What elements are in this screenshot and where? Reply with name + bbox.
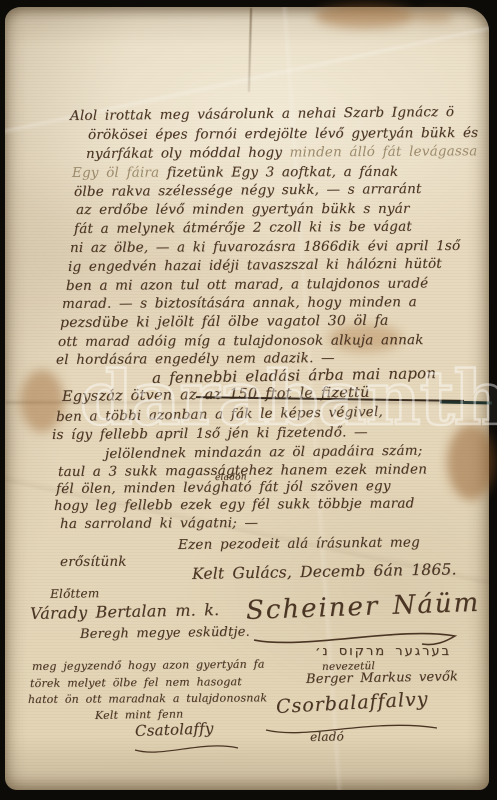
handwriting-line: nyárfákat oly móddal hogy minden álló fá… [86,143,478,162]
handwriting-line: Egy öl fáira fizetünk Egy 3 aoftkat, a f… [72,164,398,181]
seller-label: eladó [310,729,344,744]
stain-top-edge [315,4,415,28]
handwriting-line: ölbe rakva szélessége négy sukk, — s arr… [74,181,422,200]
handwriting-line: ha sarroland ki vágatni; — [60,515,258,532]
handwriting-line: örökösei épes fornói erdejölte lévő gyer… [88,125,478,143]
handwriting-line: jelölendnek mindazán az öl apadáira szám… [105,443,423,462]
handwriting-line: marad. — s biztosítására annak, hogy min… [62,294,417,312]
stain-right-edge [447,424,495,500]
handwriting-line: ott marad adóig míg a tulajdonosok alkuj… [58,332,424,350]
line-faded-part: minden álló fát levágassa [290,143,478,160]
hebrew-signature-line: בערגער מרקוס נ׳ [315,644,451,659]
handwriting-line: hogy leg fellebb ezek egy fél sukk többj… [54,495,415,514]
handwriting-line: fát a melynek átmérője 2 czoll ki is be … [74,219,412,237]
handwriting-line: ni az ölbe, — a ki fuvarozásra 1866dik é… [70,238,460,256]
handwriting-line: ig engedvén hazai idéji tavaszszal ki há… [68,256,442,275]
handwriting-line: az erdőbe lévő minden gyertyán bükk s ny… [76,201,410,218]
stain-top-edge-2 [412,10,454,23]
handwriting-line: pezsdübe ki jelölt fál ölbe vagatol 30 ö… [60,313,389,331]
note-line: hatot ön ott maradnak a tulajdonosnak [28,691,267,706]
handwriting-line: fél ölen, minden levágható fát jól szöve… [56,478,391,497]
line-faded-part: Egy öl fáira [72,165,167,181]
note-line: törek melyet ölbe fel nem hasogat [30,675,242,690]
witness-name: Várady Bertalan m. k. [30,600,220,623]
note-signature: Csatolaffy [135,719,214,740]
witness-title: Beregh megye esküdtje. [80,625,250,642]
signature-flourish [262,718,442,742]
signature-flourish [132,740,242,760]
handwriting-line: erősítünk [60,554,127,570]
handwriting-line: el hordására engedély nem adazik. — [56,350,335,368]
handwriting-line: is így fellebb april 1ső jén ki fizetend… [52,424,368,443]
buyer-line: Berger Markus vevők [306,669,458,687]
line-dark-part: fizetünk Egy 3 aoftkat, a fának [167,164,398,181]
handwriting-line: ben a mi azon tul ott marad, a tulajdono… [66,275,428,294]
line-dark-part: nyárfákat oly móddal hogy [86,145,290,162]
note-line: meg jegyzendő hogy azon gyertyán fa [32,658,265,673]
witness-intro: Előttem [50,586,100,601]
handwriting-line: Ezen pezodeit alá írásunkat meg [178,534,420,553]
photo-background: Alol irottak meg vásárolunk a nehai Szar… [0,0,497,800]
